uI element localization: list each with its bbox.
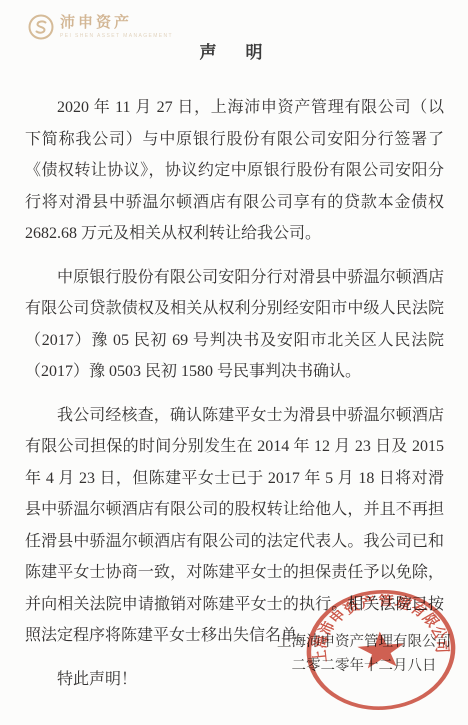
document-title: 声 明 [0,38,468,63]
paragraph-court-confirmation: 中原银行股份有限公司安阳分行对滑县中骄温尔顿酒店有限公司贷款债权及相关从权利分别… [25,262,444,388]
logo-company-name: 沛申资产 [60,15,173,32]
company-seal-stamp: 上海沛申资产管理有限公司 [295,578,468,721]
company-logo: 沛申资产 PEI SHEN ASSET MANAGEMENT [28,14,173,40]
seal-star-icon [356,630,405,669]
paragraph-debt-transfer: 2020 年 11 月 27 日，上海沛申资产管理有限公司（以下简称我公司）与中… [25,92,444,250]
statement-document-page: 沛申资产 PEI SHEN ASSET MANAGEMENT 声 明 2020 … [0,0,468,725]
logo-swirl-icon [28,14,54,40]
logo-text: 沛申资产 PEI SHEN ASSET MANAGEMENT [60,15,173,39]
